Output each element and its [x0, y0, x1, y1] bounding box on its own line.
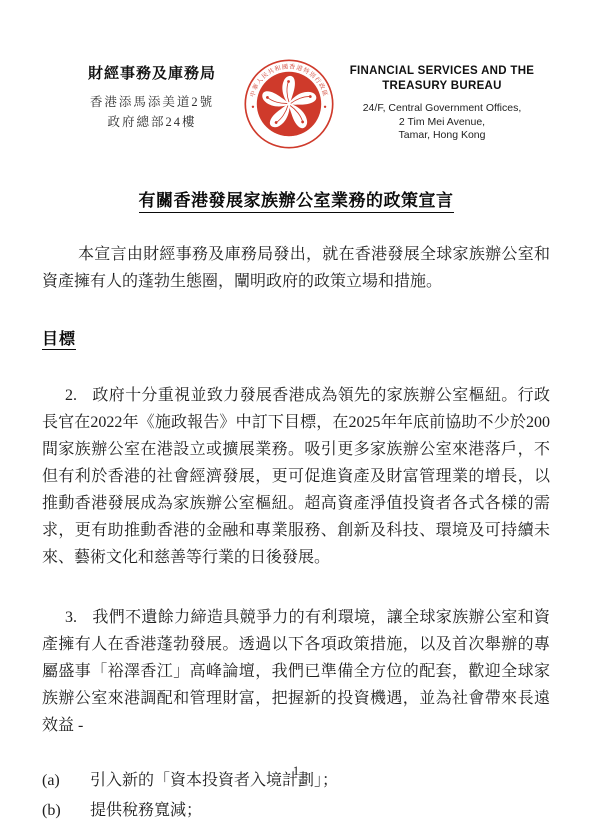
bureau-name-english: FINANCIAL SERVICES AND THE TREASURY BURE… — [336, 64, 548, 94]
paragraph-2-number: 2. — [65, 382, 92, 409]
bureau-chinese-block: 財經事務及庫務局 香港添馬添美道2號 政府總部24樓 — [62, 58, 242, 132]
bureau-name-english-line2: TREASURY BUREAU — [336, 79, 548, 94]
paragraph-3-text: 我們不遺餘力締造具競爭力的有利環境，讓全球家族辦公室和資產擁有人在香港蓬勃發展。… — [42, 609, 550, 734]
bureau-name-chinese: 財經事務及庫務局 — [62, 62, 242, 83]
bureau-address-chinese-line1: 香港添馬添美道2號 — [62, 92, 242, 112]
paragraph-3-number: 3. — [65, 604, 92, 631]
hksar-emblem-graphic: 中華人民共和國香港特別行政區 HONG KONG — [243, 58, 335, 150]
hksar-emblem: 中華人民共和國香港特別行政區 HONG KONG — [243, 58, 335, 150]
section-heading-text: 目標 — [42, 331, 76, 350]
letterhead: 財經事務及庫務局 香港添馬添美道2號 政府總部24樓 — [42, 58, 550, 150]
page-number: 1 — [0, 763, 592, 779]
bureau-address-english: 24/F, Central Government Offices, 2 Tim … — [336, 102, 548, 143]
paragraph-2: 2.政府十分重視並致力發展香港成為領先的家族辦公室樞紐。行政長官在2022年《施… — [42, 382, 550, 571]
bureau-name-english-line1: FINANCIAL SERVICES AND THE — [336, 64, 548, 79]
bureau-address-english-line1: 24/F, Central Government Offices, — [336, 102, 548, 116]
list-item-b-label: (b) — [42, 796, 90, 826]
document-title-text: 有關香港發展家族辦公室業務的政策宣言 — [139, 191, 454, 213]
section-heading-objective: 目標 — [42, 326, 550, 349]
intro-paragraph: 本宣言由財經事務及庫務局發出，就在香港發展全球家族辦公室和資產擁有人的蓬勃生態圈… — [42, 241, 550, 295]
bureau-address-english-line3: Tamar, Hong Kong — [336, 129, 548, 143]
emblem-star-left — [252, 106, 254, 108]
bureau-address-chinese-line2: 政府總部24樓 — [62, 112, 242, 132]
document-title: 有關香港發展家族辦公室業務的政策宣言 — [42, 186, 550, 211]
bureau-address-english-line2: 2 Tim Mei Avenue, — [336, 116, 548, 130]
emblem-star-right — [324, 106, 326, 108]
paragraph-3: 3.我們不遺餘力締造具競爭力的有利環境，讓全球家族辦公室和資產擁有人在香港蓬勃發… — [42, 604, 550, 739]
list-item-b-text: 提供稅務寬減； — [90, 802, 202, 819]
list-item-b: (b)提供稅務寬減； — [42, 796, 550, 826]
bureau-english-block: FINANCIAL SERVICES AND THE TREASURY BURE… — [336, 58, 548, 143]
paragraph-2-text: 政府十分重視並致力發展香港成為領先的家族辦公室樞紐。行政長官在2022年《施政報… — [42, 387, 550, 566]
document-page: 財經事務及庫務局 香港添馬添美道2號 政府總部24樓 — [0, 0, 592, 837]
